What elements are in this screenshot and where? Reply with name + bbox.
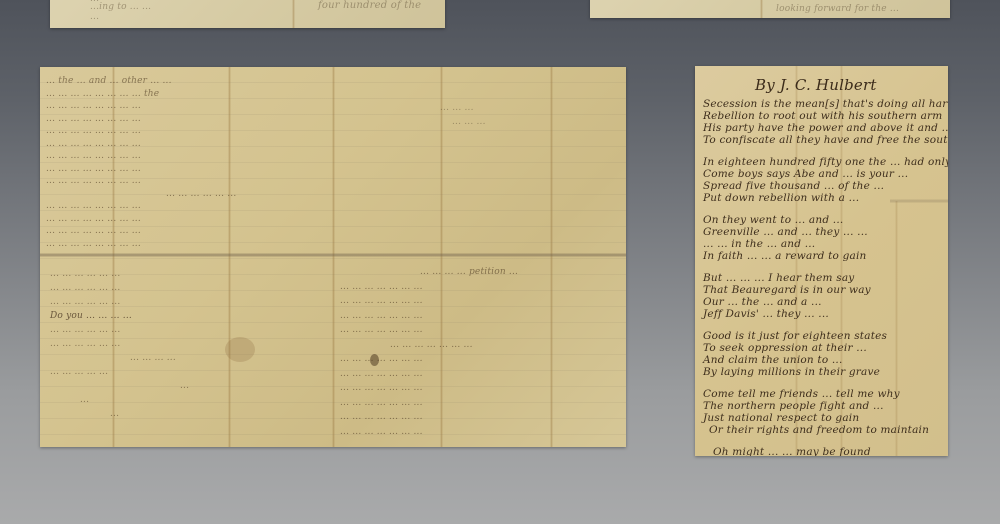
handwritten-line: ... ... ... ... ... ... bbox=[50, 281, 330, 295]
handwritten-line: ... ... ... ... ... ... ... ... bbox=[46, 113, 331, 126]
handwritten-line: ... ... ... ... ... ... ... bbox=[340, 352, 625, 367]
poem-line: The northern people fight and ... bbox=[703, 400, 948, 412]
handwritten-line: ... ... ... ... ... ... ... bbox=[340, 294, 625, 309]
handwritten-line: ... ... ... ... ... ... bbox=[50, 267, 330, 281]
handwritten-line: ... ... ... ... ... ... bbox=[50, 337, 330, 351]
handwritten-line: ... ... ... ... ... ... ... ... bbox=[46, 213, 331, 226]
top-left-document-fragment: ... ...ing to ... ... ... four hundred o… bbox=[50, 0, 445, 28]
poem-stanza: Come tell me friends ... tell me why The… bbox=[703, 388, 948, 436]
poem-line: By laying millions in their grave bbox=[703, 366, 948, 378]
poem-stanza: But ... ... ... I hear them say That Bea… bbox=[703, 272, 948, 320]
handwritten-line: ... ... ... ... ... ... ... bbox=[340, 309, 625, 324]
handwritten-line: ... ... ... ... ... ... ... ... bbox=[46, 200, 331, 213]
handwritten-line: ... ... ... ... ... ... ... bbox=[340, 381, 625, 396]
poem-line: Greenville ... and ... they ... ... bbox=[703, 226, 948, 238]
handwritten-line: ... bbox=[50, 379, 330, 393]
poem-line: But ... ... ... I hear them say bbox=[703, 272, 948, 284]
poem-stanza: On they went to ... and ... Greenville .… bbox=[703, 214, 948, 262]
handwritten-line: ... ... ... ... ... ... ... bbox=[340, 396, 625, 411]
fold-crease bbox=[332, 67, 335, 447]
handwritten-line: ...ing to ... ... bbox=[90, 2, 151, 12]
handwritten-line: ... ... ... ... ... ... ... ... bbox=[46, 225, 331, 238]
poem-line: On they went to ... and ... bbox=[703, 214, 948, 226]
letter-upper-left-text: ... the ... and ... other ... ... ... ..… bbox=[46, 75, 331, 250]
poem-line: Come tell me friends ... tell me why bbox=[703, 388, 948, 400]
poem-line: And claim the union to ... bbox=[703, 354, 948, 366]
handwritten-line: ... ... ... ... petition ... bbox=[340, 265, 625, 280]
handwritten-line: ... ... ... ... ... ... ... ... bbox=[46, 138, 331, 151]
top-right-document-fragment: looking forward for the ... bbox=[590, 0, 950, 18]
handwritten-line: Do you ... ... ... ... bbox=[50, 309, 330, 323]
poem-line: Or their rights and freedom to maintain bbox=[703, 424, 948, 436]
folded-letter: ... the ... and ... other ... ... ... ..… bbox=[40, 67, 626, 447]
handwritten-line: ... ... ... ... ... ... ... bbox=[340, 280, 625, 295]
handwritten-line: ... ... ... bbox=[440, 103, 474, 113]
poem-line: Oh might ... ... may be found bbox=[713, 446, 948, 456]
poem-stanza: Good is it just for eighteen states To s… bbox=[703, 330, 948, 378]
letter-lower-left-text: ... ... ... ... ... ... ... ... ... ... … bbox=[50, 267, 330, 421]
handwritten-line: ... ... ... ... ... ... ... bbox=[340, 338, 625, 353]
poem-line: Good is it just for eighteen states bbox=[703, 330, 948, 342]
poem-line: Our ... the ... and a ... bbox=[703, 296, 948, 308]
handwritten-line: four hundred of the bbox=[318, 0, 421, 11]
fold-crease bbox=[40, 253, 626, 257]
poem-line: In faith ... ... a reward to gain bbox=[703, 250, 948, 262]
handwritten-line: ... ... ... ... ... ... ... bbox=[340, 425, 625, 440]
poem-stanza: Secession is the mean[s] that's doing al… bbox=[703, 98, 948, 146]
handwritten-line: ... ... ... ... ... ... ... ... bbox=[46, 100, 331, 113]
letter-lower-right-text: ... ... ... ... petition ... ... ... ...… bbox=[340, 265, 625, 439]
poem-title: By J. C. Hulbert bbox=[755, 76, 877, 94]
poem-line: Come boys says Abe and ... is your ... bbox=[703, 168, 948, 180]
poem-line: Secession is the mean[s] that's doing al… bbox=[703, 98, 948, 110]
handwritten-line: ... ... ... ... ... ... bbox=[50, 323, 330, 337]
handwritten-line: looking forward for the ... bbox=[776, 4, 899, 14]
fold-crease bbox=[760, 0, 763, 18]
handwritten-line: ... ... ... bbox=[452, 117, 486, 127]
handwritten-line: ... ... ... ... ... ... ... ... bbox=[46, 163, 331, 176]
poem-line: Rebellion to root out with his southern … bbox=[703, 110, 948, 122]
poem-line: His party have the power and above it an… bbox=[703, 122, 948, 134]
poem-line: Spread five thousand ... of the ... bbox=[703, 180, 948, 192]
handwritten-line: ... ... ... ... ... ... ... ... the bbox=[46, 88, 331, 101]
handwritten-line: ... ... ... ... ... ... bbox=[50, 295, 330, 309]
poem-body: Secession is the mean[s] that's doing al… bbox=[703, 98, 948, 456]
handwritten-line: ... ... ... ... bbox=[50, 351, 330, 365]
poem-line: Just national respect to gain bbox=[703, 412, 948, 424]
handwritten-line: ... ... ... ... ... ... ... bbox=[340, 323, 625, 338]
handwritten-line: ... ... ... ... ... ... ... ... bbox=[46, 175, 331, 188]
poem-stanza: Oh might ... ... may be found To stand t… bbox=[703, 446, 948, 456]
handwritten-line: ... ... ... ... ... ... ... bbox=[340, 367, 625, 382]
poem-line: Put down rebellion with a ... bbox=[703, 192, 948, 204]
fold-crease bbox=[292, 0, 295, 28]
handwritten-line: ... ... ... ... ... ... bbox=[46, 188, 331, 201]
handwritten-line: ... bbox=[50, 393, 330, 407]
handwritten-line: ... ... ... ... ... bbox=[50, 365, 330, 379]
handwritten-line: ... the ... and ... other ... ... bbox=[46, 75, 331, 88]
handwritten-line: ... bbox=[90, 12, 99, 22]
handwritten-line: ... ... ... ... ... ... ... ... bbox=[46, 238, 331, 251]
handwritten-line: ... ... ... ... ... ... ... bbox=[340, 410, 625, 425]
poem-line: To seek oppression at their ... bbox=[703, 342, 948, 354]
handwritten-line: ... ... ... ... ... ... ... ... bbox=[46, 150, 331, 163]
poem-line: To confiscate all they have and free the… bbox=[703, 134, 948, 146]
poem-line: That Beauregard is in our way bbox=[703, 284, 948, 296]
poem-line: Jeff Davis' ... they ... ... bbox=[703, 308, 948, 320]
poem-line: In eighteen hundred fifty one the ... ha… bbox=[703, 156, 948, 168]
handwritten-line: ... ... ... ... ... ... ... ... bbox=[46, 125, 331, 138]
handwritten-line: ... bbox=[50, 407, 330, 421]
poem-sheet: By J. C. Hulbert Secession is the mean[s… bbox=[695, 66, 948, 456]
poem-stanza: In eighteen hundred fifty one the ... ha… bbox=[703, 156, 948, 204]
poem-line: ... ... in the ... and ... bbox=[703, 238, 948, 250]
